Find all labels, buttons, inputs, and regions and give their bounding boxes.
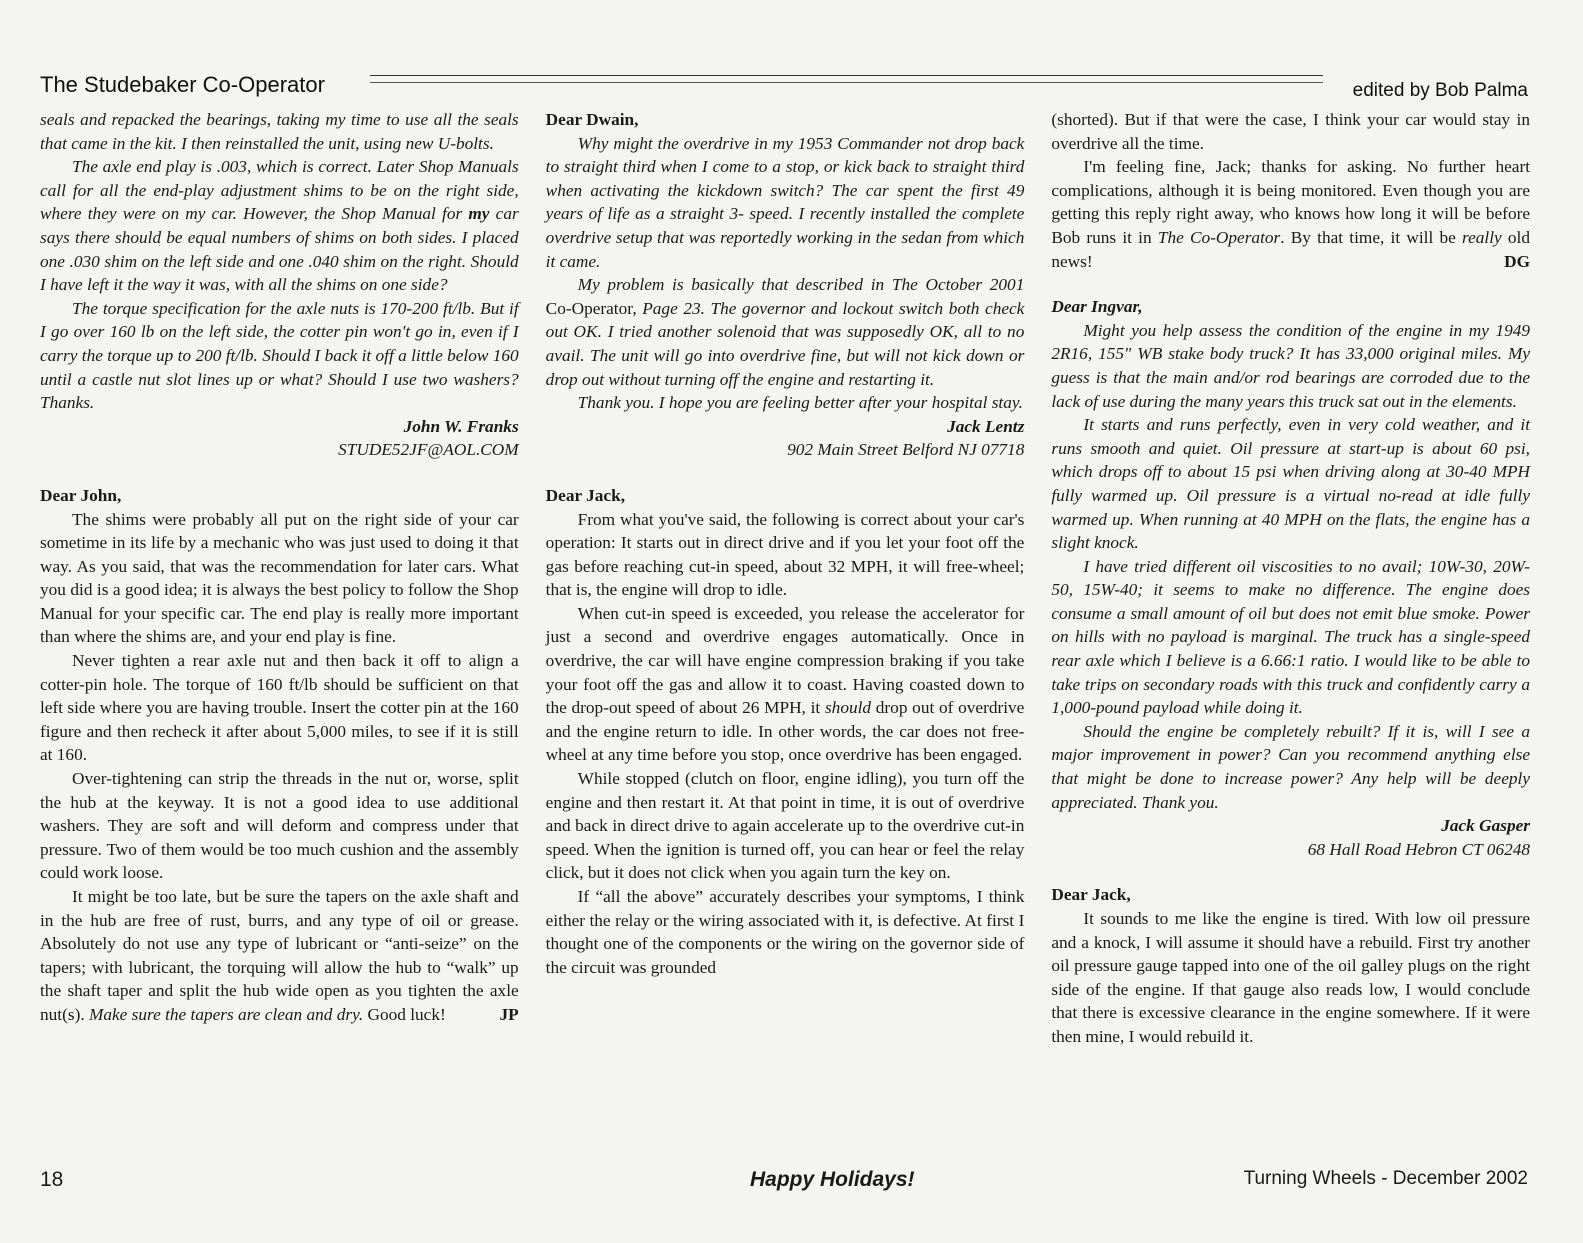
letter-paragraph: Should the engine be completely rebuilt?… bbox=[1051, 720, 1530, 814]
page-number: 18 bbox=[40, 1168, 63, 1192]
reply-paragraph: If “all the above” accurately describes … bbox=[546, 885, 1025, 979]
reply-paragraph: It sounds to me like the engine is tired… bbox=[1051, 907, 1530, 1049]
column-editor: edited by Bob Palma bbox=[1353, 80, 1528, 102]
letter-address: 68 Hall Road Hebron CT 06248 bbox=[1051, 838, 1530, 862]
letter-salutation: Dear Ingvar, bbox=[1051, 295, 1530, 319]
header-double-rule bbox=[370, 75, 1323, 83]
letter-address: 902 Main Street Belford NJ 07718 bbox=[546, 438, 1025, 462]
letter-paragraph: Thank you. I hope you are feeling better… bbox=[546, 391, 1025, 415]
letter-paragraph: I have tried different oil viscosities t… bbox=[1051, 555, 1530, 720]
page-header: The Studebaker Co-Operator edited by Bob… bbox=[40, 70, 1528, 100]
letter-paragraph: The axle end play is .003, which is corr… bbox=[40, 155, 519, 297]
reply-paragraph: While stopped (clutch on floor, engine i… bbox=[546, 767, 1025, 885]
reply-salutation: Dear John, bbox=[40, 484, 519, 508]
letter-signature: Jack Lentz bbox=[546, 415, 1025, 439]
reply-initials: DG bbox=[1472, 250, 1530, 274]
reply-paragraph: Over-tightening can strip the threads in… bbox=[40, 767, 519, 885]
reply-paragraph: When cut-in speed is exceeded, you relea… bbox=[546, 602, 1025, 767]
article-body: seals and repacked the bearings, taking … bbox=[40, 108, 1530, 1138]
page-footer: 18 Happy Holidays! Turning Wheels - Dece… bbox=[40, 1168, 1528, 1198]
letter-signature: John W. Franks bbox=[40, 415, 519, 439]
reply-paragraph: I'm feeling fine, Jack; thanks for askin… bbox=[1051, 155, 1530, 273]
issue-info: Turning Wheels - December 2002 bbox=[1244, 1168, 1528, 1190]
letter-paragraph: seals and repacked the bearings, taking … bbox=[40, 108, 519, 155]
letter-paragraph: It starts and runs perfectly, even in ve… bbox=[1051, 413, 1530, 555]
footer-greeting: Happy Holidays! bbox=[750, 1168, 915, 1192]
letter-paragraph: Why might the overdrive in my 1953 Comma… bbox=[546, 132, 1025, 274]
reply-paragraph: It might be too late, but be sure the ta… bbox=[40, 885, 519, 1027]
reply-paragraph: (shorted). But if that were the case, I … bbox=[1051, 108, 1530, 155]
reply-salutation: Dear Jack, bbox=[546, 484, 1025, 508]
letter-paragraph: Might you help assess the condition of t… bbox=[1051, 319, 1530, 413]
reply-initials: JP bbox=[467, 1003, 518, 1027]
letter-paragraph: The torque specification for the axle nu… bbox=[40, 297, 519, 415]
letter-salutation: Dear Dwain, bbox=[546, 108, 1025, 132]
letter-paragraph: My problem is basically that described i… bbox=[546, 273, 1025, 391]
column-title: The Studebaker Co-Operator bbox=[40, 72, 325, 98]
reply-paragraph: From what you've said, the following is … bbox=[546, 508, 1025, 602]
column-1: seals and repacked the bearings, taking … bbox=[40, 108, 519, 1138]
reply-paragraph: The shims were probably all put on the r… bbox=[40, 508, 519, 650]
column-2: Dear Dwain, Why might the overdrive in m… bbox=[546, 108, 1025, 1138]
column-3: (shorted). But if that were the case, I … bbox=[1051, 108, 1530, 1138]
letter-signature: Jack Gasper bbox=[1051, 814, 1530, 838]
letter-email: STUDE52JF@AOL.COM bbox=[40, 438, 519, 462]
reply-salutation: Dear Jack, bbox=[1051, 883, 1530, 907]
reply-paragraph: Never tighten a rear axle nut and then b… bbox=[40, 649, 519, 767]
